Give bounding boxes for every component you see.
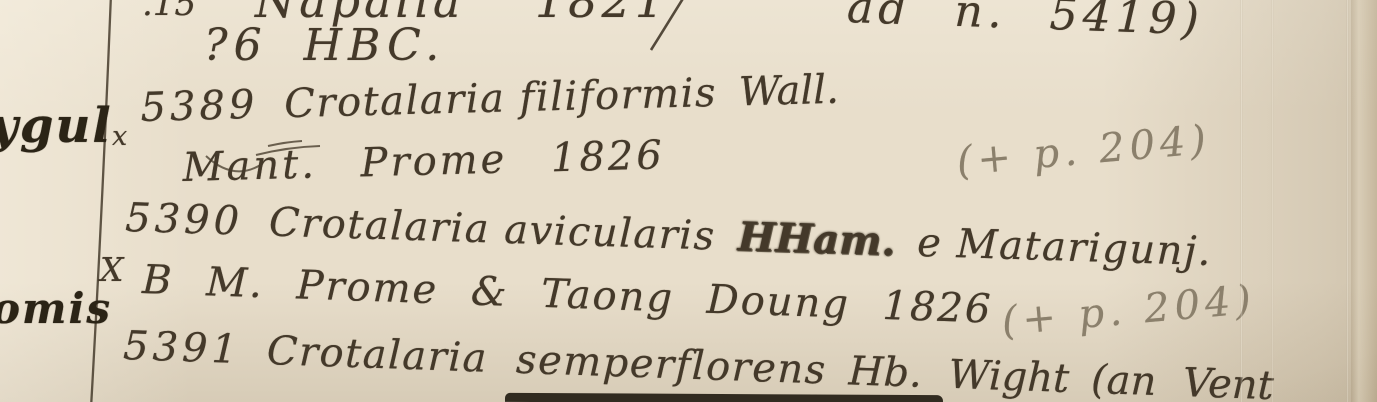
page-crease [1240,0,1243,402]
page-crease [1346,0,1349,402]
page-crease [1271,0,1274,402]
query-note: (an Vent [1090,357,1274,402]
top-fragment-mark: .15 [142,0,196,23]
word-gap [715,250,737,251]
word-gap [717,105,739,106]
entry-number: 5391 [122,323,241,373]
word-gap [826,384,848,385]
word-gap [895,255,917,256]
manuscript-page: .15 Napalia 1821 ad n. 5419) ?6 HBC. ygu… [0,0,1377,402]
herbarium-code-line: ?6 HBC. [204,22,445,70]
margin-annotation: ygul [0,100,113,153]
entry-number: 5390 [125,195,244,245]
entry-cross-mark: x [112,122,127,152]
column-rule-line [91,0,111,402]
margin-annotation: omis [0,286,112,332]
entry-cross-mark: X [100,252,124,288]
author-abbreviation: HHam. [737,213,896,265]
word-gap [1069,392,1091,393]
provenance-note: e Matarigunj. [917,220,1213,275]
author-abbreviation: Wall. [738,67,839,116]
entry-number: 5389 [140,82,259,131]
scan-edge-artifact [505,393,943,402]
page-edge-shadow [1351,0,1377,402]
